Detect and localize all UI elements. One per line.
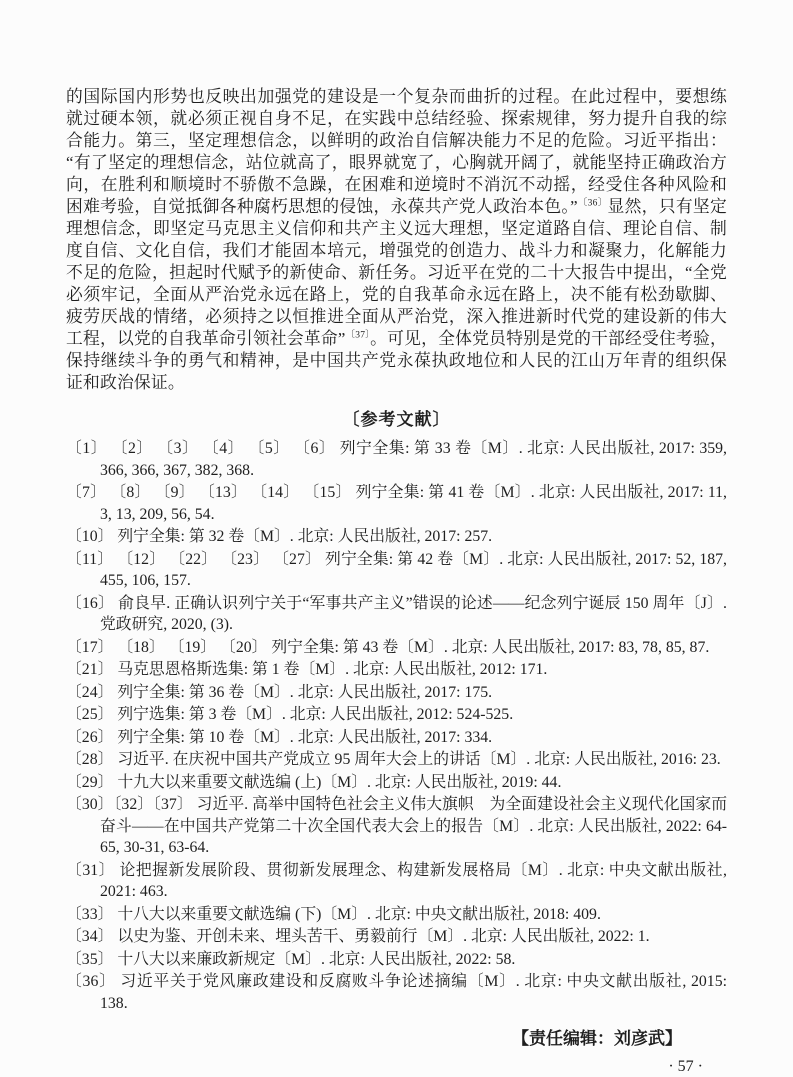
reference-item: 〔33〕 十八大以来重要文献选编 (下)〔M〕. 北京: 中央文献出版社, 20…	[66, 904, 727, 926]
reference-item: 〔16〕 俞良早. 正确认识列宁关于“军事共产主义”错误的论述——纪念列宁诞辰 …	[66, 593, 727, 636]
reference-item: 〔21〕 马克思恩格斯选集: 第 1 卷〔M〕. 北京: 人民出版社, 2012…	[66, 659, 727, 681]
editor-credit: 【责任编辑：刘彦武】	[66, 1028, 727, 1050]
reference-item: 〔1〕 〔2〕 〔3〕 〔4〕 〔5〕 〔6〕 列宁全集: 第 33 卷〔M〕.…	[66, 438, 727, 481]
reference-item: 〔31〕 论把握新发展阶段、贯彻新发展理念、构建新发展格局〔M〕. 北京: 中央…	[66, 860, 727, 903]
citation-superscript-37: 〔37〕	[346, 330, 371, 340]
reference-item: 〔25〕 列宁选集: 第 3 卷〔M〕. 北京: 人民出版社, 2012: 52…	[66, 704, 727, 726]
reference-item: 〔34〕 以史为鉴、开创未来、埋头苦干、勇毅前行〔M〕. 北京: 人民出版社, …	[66, 926, 727, 948]
document-page: 的国际国内形势也反映出加强党的建设是一个复杂而曲折的过程。在此过程中，要想练就过…	[0, 0, 793, 1077]
reference-item: 〔24〕 列宁全集: 第 36 卷〔M〕. 北京: 人民出版社, 2017: 1…	[66, 682, 727, 704]
references-heading: 〔参考文献〕	[66, 405, 727, 430]
reference-item: 〔10〕 列宁全集: 第 32 卷〔M〕. 北京: 人民出版社, 2017: 2…	[66, 526, 727, 548]
reference-item: 〔30〕〔32〕〔37〕 习近平. 高举中国特色社会主义伟大旗帜 为全面建设社会…	[66, 794, 727, 859]
reference-item: 〔28〕 习近平. 在庆祝中国共产党成立 95 周年大会上的讲话〔M〕. 北京:…	[66, 749, 727, 771]
reference-item: 〔7〕 〔8〕 〔9〕 〔13〕 〔14〕 〔15〕 列宁全集: 第 41 卷〔…	[66, 482, 727, 525]
body-paragraph: 的国际国内形势也反映出加强党的建设是一个复杂而曲折的过程。在此过程中，要想练就过…	[66, 86, 727, 394]
reference-item: 〔29〕 十九大以来重要文献选编 (上)〔M〕. 北京: 人民出版社, 2019…	[66, 772, 727, 794]
reference-item: 〔11〕 〔12〕 〔22〕 〔23〕 〔27〕 列宁全集: 第 42 卷〔M〕…	[66, 549, 727, 592]
references-list: 〔1〕 〔2〕 〔3〕 〔4〕 〔5〕 〔6〕 列宁全集: 第 33 卷〔M〕.…	[66, 438, 727, 1014]
reference-item: 〔26〕 列宁全集: 第 10 卷〔M〕. 北京: 人民出版社, 2017: 3…	[66, 727, 727, 749]
reference-item: 〔35〕 十八大以来廉政新规定〔M〕. 北京: 人民出版社, 2022: 58.	[66, 949, 727, 971]
reference-item: 〔17〕 〔18〕 〔19〕 〔20〕 列宁全集: 第 43 卷〔M〕. 北京:…	[66, 637, 727, 659]
page-number: · 57 ·	[66, 1057, 727, 1077]
citation-superscript-36: 〔36〕	[578, 198, 608, 208]
reference-item: 〔36〕 习近平关于党风廉政建设和反腐败斗争论述摘编〔M〕. 北京: 中央文献出…	[66, 971, 727, 1014]
body-text-segment: 显然，只有坚定理想信念，即坚定马克思主义信仰和共产主义远大理想，坚定道路自信、理…	[66, 197, 727, 348]
